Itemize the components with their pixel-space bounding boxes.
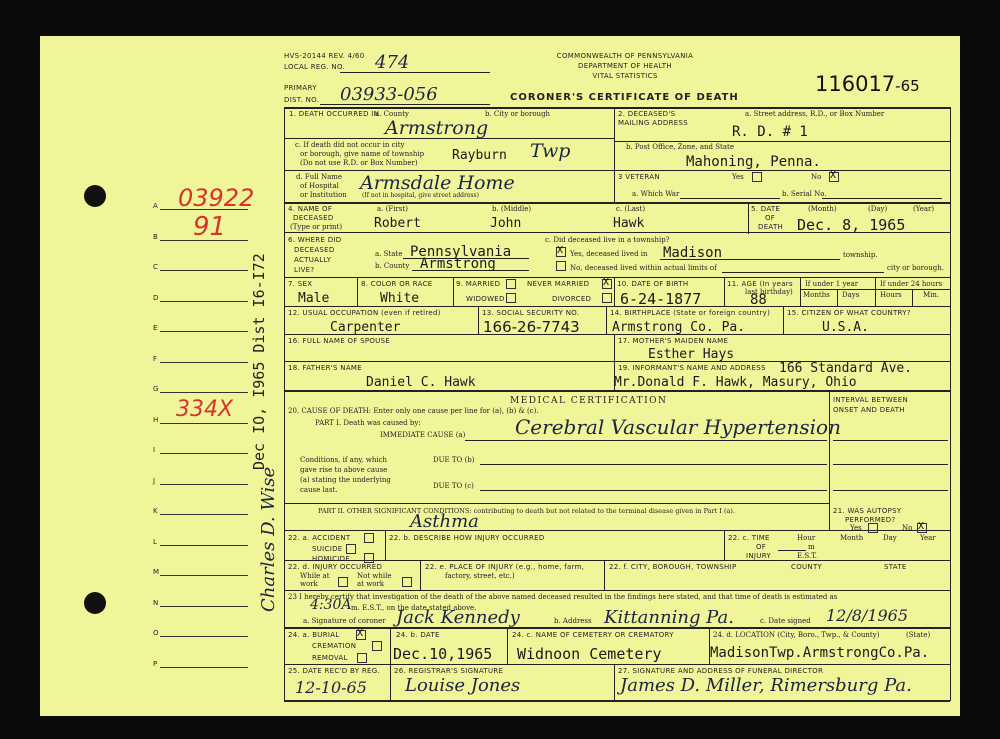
residence-county-label: b. County — [375, 262, 409, 271]
margin-line-l — [160, 545, 248, 546]
rule — [385, 530, 386, 560]
citizen-label: 15. CITIZEN OF WHAT COUNTRY? — [787, 309, 911, 318]
residence-state-label: a. State — [375, 250, 402, 259]
name-section-label-3: (Type or print) — [290, 223, 342, 232]
interval-line-b — [833, 464, 948, 465]
months-label: Months — [803, 291, 830, 300]
occupation-label: 12. USUAL OCCUPATION (even if retired) — [288, 309, 441, 318]
margin-line-c — [160, 270, 248, 271]
township-label-3: (Do not use R.D. or Box Number) — [300, 159, 418, 168]
medical-heading: MEDICAL CERTIFICATION — [510, 396, 667, 406]
township-question: c. Did deceased live in a township? — [545, 236, 670, 245]
margin-letter-i: I — [153, 446, 155, 454]
margin-letter-h: H — [153, 416, 158, 424]
father-value: Daniel C. Hawk — [366, 375, 476, 390]
rule — [614, 664, 615, 701]
rule — [614, 107, 615, 202]
post-office-value: Mahoning, Penna. — [686, 154, 821, 170]
birthplace-value: Armstrong Co. Pa. — [612, 320, 745, 335]
occupation-value: Carpenter — [330, 320, 400, 335]
residence-county-value: Armstrong — [420, 256, 496, 272]
immediate-cause-value: Cerebral Vascular Hypertension — [515, 415, 841, 439]
min-label: Min. — [923, 291, 939, 300]
injury-est-label: E.S.T. — [797, 552, 817, 561]
conditions-label-4: cause last. — [300, 486, 338, 495]
death-month-label: (Month) — [808, 205, 837, 214]
injury-occurred-label: 22. d. INJURY OCCURRED — [288, 563, 382, 572]
dist-label: DIST. NO. — [284, 96, 319, 105]
middle-name-label: b. (Middle) — [492, 205, 531, 214]
middle-name-value: John — [490, 216, 521, 231]
autopsy-label-1: 21. WAS AUTOPSY — [833, 507, 902, 516]
autopsy-no-checkbox[interactable] — [917, 523, 927, 533]
local-reg-line — [340, 72, 490, 73]
cemetery-value: Widnoon Cemetery — [517, 645, 662, 663]
injury-county-label: COUNTY — [791, 563, 822, 572]
race-value: White — [380, 291, 419, 306]
divorced-label: DIVORCED — [552, 295, 591, 304]
time-of-injury-label-2: OF — [756, 543, 766, 552]
suicide-checkbox[interactable] — [346, 544, 356, 554]
rule — [837, 289, 838, 306]
margin-letter-a: A — [153, 202, 158, 210]
rule — [604, 560, 605, 590]
rule — [614, 141, 950, 142]
margin-line-g — [160, 392, 248, 393]
rule — [724, 277, 725, 306]
interval-label-1: INTERVAL BETWEEN — [833, 396, 908, 405]
rule — [420, 560, 421, 590]
time-of-death-value: 4:30A — [310, 597, 352, 613]
date-received-label: 25. DATE REC'D BY REG. — [288, 667, 380, 676]
date-of-death-label-1: 5. DATE — [751, 205, 780, 214]
injury-hour-label: Hour — [797, 534, 815, 543]
injury-state-label: STATE — [884, 563, 907, 572]
punch-hole-bottom — [84, 592, 106, 614]
rule — [507, 627, 508, 664]
township-no-checkbox[interactable] — [556, 261, 566, 271]
part2-value: Asthma — [410, 511, 479, 532]
primary-label: PRIMARY — [284, 84, 317, 93]
margin-letter-m: M — [153, 568, 159, 576]
last-name-label: c. (Last) — [616, 205, 645, 214]
rule — [453, 277, 454, 306]
time-of-injury-label-1: 22. c. TIME — [728, 534, 770, 543]
margin-line-i — [160, 453, 248, 454]
which-war-line — [680, 198, 780, 199]
rule — [284, 277, 950, 278]
accident-checkbox[interactable] — [364, 533, 374, 543]
rule — [284, 170, 614, 171]
margin-letter-k: K — [153, 507, 158, 515]
margin-letter-c: C — [153, 263, 158, 271]
margin-red-code-1: 03922 — [178, 184, 254, 212]
rule — [606, 306, 607, 335]
street-label: a. Street address, R.D., or Box Number — [745, 110, 884, 119]
last-name-value: Hawk — [613, 216, 644, 231]
not-at-work-checkbox[interactable] — [402, 577, 412, 587]
registrar-signature[interactable]: Louise Jones — [405, 675, 520, 696]
rule — [614, 170, 950, 171]
rule — [357, 277, 358, 306]
serial-label: b. Serial No. — [782, 190, 827, 199]
death-township-hand: Twp — [530, 140, 570, 162]
while-at-work-checkbox[interactable] — [338, 577, 348, 587]
rule — [829, 390, 830, 530]
township-line — [660, 259, 840, 260]
sex-label: 7. SEX — [288, 280, 312, 289]
cause-label: 20. CAUSE OF DEATH: Enter only one cause… — [288, 407, 539, 416]
form-number: HVS-20144 REV. 4/60 — [284, 52, 365, 61]
date-received-value: 12-10-65 — [295, 678, 367, 697]
rule — [284, 700, 950, 702]
which-war-label: a. Which War — [632, 190, 679, 199]
certificate-number-main: 116017 — [815, 72, 895, 96]
veteran-yes-label: Yes — [732, 173, 744, 182]
coroner-signature-label: a. Signature of coroner — [303, 617, 386, 626]
date-signed-label: c. Date signed — [760, 617, 811, 626]
coroner-address-label: b. Address — [554, 617, 592, 626]
cemetery-label: 24. c. NAME OF CEMETERY OR CREMATORY — [512, 631, 674, 640]
coroner-address-value: Kittanning Pa. — [604, 607, 734, 628]
conditions-label-2: gave rise to above cause — [300, 466, 387, 475]
first-name-label: a. (First) — [377, 205, 408, 214]
part2-label: PART II. OTHER SIGNIFICANT CONDITIONS: c… — [318, 507, 735, 516]
street-value: R. D. # 1 — [732, 124, 808, 140]
under-24-hours-label: If under 24 hours — [880, 280, 942, 289]
margin-line-f — [160, 362, 248, 363]
married-checkbox[interactable] — [506, 279, 516, 289]
age-value: 88 — [750, 292, 767, 308]
margin-letter-j: J — [153, 477, 155, 485]
margin-line-a — [160, 209, 248, 210]
page-title: CORONER'S CERTIFICATE OF DEATH — [510, 92, 739, 103]
residence-label-3: ACTUALLY — [294, 256, 331, 265]
city-line — [722, 272, 884, 273]
death-year-label: (Year) — [913, 205, 934, 214]
post-office-label: b. Post Office, Zone, and State — [626, 143, 734, 152]
not-at-work-label-2: at work — [357, 580, 384, 589]
margin-line-k — [160, 514, 248, 515]
birthplace-label: 14. BIRTHPLACE (State or foreign country… — [610, 309, 770, 318]
city-suffix: city or borough. — [887, 264, 944, 273]
margin-line-j — [160, 484, 248, 485]
widowed-label: WIDOWED — [466, 295, 505, 304]
hospital-value: Armsdale Home — [360, 172, 515, 194]
local-reg-value: 474 — [375, 52, 409, 73]
margin-line-h — [160, 423, 248, 424]
death-county-value: Armstrong — [385, 117, 488, 139]
divorced-checkbox[interactable] — [602, 293, 612, 303]
injury-city-label: 22. f. CITY, BOROUGH, TOWNSHIP — [609, 563, 736, 572]
date-of-death-label-2: OF — [765, 214, 775, 223]
suicide-label: SUICIDE — [312, 545, 343, 554]
punch-hole-top — [84, 185, 106, 207]
burial-checkbox[interactable] — [356, 630, 366, 640]
hospital-label-3: or Institution — [300, 191, 347, 200]
homicide-checkbox[interactable] — [364, 553, 374, 563]
autopsy-yes-checkbox[interactable] — [868, 523, 878, 533]
margin-letter-o: O — [153, 629, 159, 637]
rule — [614, 277, 615, 306]
part1-label: PART I. Death was caused by: — [315, 419, 421, 428]
agency-line-2: DEPARTMENT OF HEALTH — [540, 62, 710, 71]
cremation-checkbox[interactable] — [372, 641, 382, 651]
margin-letter-n: N — [153, 599, 158, 607]
interval-line-c — [833, 490, 948, 491]
race-label: 8. COLOR OR RACE — [361, 280, 433, 289]
place-of-death-label: 1. DEATH OCCURRED IN. — [289, 110, 382, 119]
margin-red-code-3: 334X — [176, 397, 233, 422]
burial-label: 24. a. BURIAL — [288, 631, 340, 640]
rule — [783, 306, 784, 335]
margin-letter-d: D — [153, 294, 158, 302]
rule — [800, 277, 801, 306]
rule — [284, 107, 950, 109]
describe-injury-label: 22. b. DESCRIBE HOW INJURY OCCURRED — [389, 534, 545, 543]
residence-label-2: DECEASED — [294, 246, 335, 255]
veteran-label: 3 VETERAN — [618, 173, 660, 182]
serial-line — [822, 198, 942, 199]
veteran-yes-checkbox[interactable] — [752, 172, 762, 182]
rule — [748, 202, 749, 234]
conditions-label-1: Conditions, if any, which — [300, 456, 387, 465]
due-to-c-label: DUE TO (c) — [433, 482, 474, 491]
days-label: Days — [842, 291, 859, 300]
autopsy-yes-label: Yes — [850, 524, 862, 533]
first-name-value: Robert — [374, 216, 421, 231]
disposition-date-label: 24. b. DATE — [396, 631, 440, 640]
date-signed-value: 12/8/1965 — [826, 606, 908, 625]
ssn-label: 13. SOCIAL SECURITY NO. — [482, 309, 579, 318]
margin-red-code-2: 91 — [193, 212, 226, 242]
margin-line-o — [160, 636, 248, 637]
rule — [478, 306, 479, 335]
margin-line-b — [160, 240, 248, 241]
disposition-date-value: Dec.10,1965 — [393, 645, 492, 663]
coroner-signature[interactable]: Jack Kennedy — [396, 607, 520, 628]
cemetery-location-label: 24. d. LOCATION (City, Boro., Twp., & Co… — [713, 631, 879, 640]
certificate-number: 116017-65 — [815, 72, 920, 96]
margin-line-e — [160, 331, 248, 332]
certification-statement: 23 I hereby certify that investigation o… — [288, 593, 837, 602]
certificate-number-suffix: -65 — [895, 77, 920, 95]
name-section-label-1: 4. NAME OF — [288, 205, 332, 214]
residence-label-4: LIVE? — [294, 266, 314, 275]
hours-label: Hours — [880, 291, 902, 300]
township-yes-checkbox[interactable] — [556, 247, 566, 257]
margin-letter-e: E — [153, 324, 157, 332]
dist-value: 03933-056 — [340, 84, 438, 105]
interval-label-2: ONSET AND DEATH — [833, 406, 905, 415]
ssn-value: 166-26-7743 — [483, 318, 580, 336]
date-of-death-label-3: DEATH — [758, 223, 783, 232]
removal-checkbox[interactable] — [357, 653, 367, 663]
margin-letter-f: F — [153, 355, 157, 363]
dob-value: 6-24-1877 — [620, 290, 701, 308]
date-of-death-value: Dec. 8, 1965 — [797, 216, 905, 234]
margin-line-p — [160, 667, 248, 668]
rule — [284, 664, 950, 665]
margin-letter-g: G — [153, 385, 158, 393]
death-day-label: (Day) — [868, 205, 887, 214]
hospital-label-1: d. Full Name — [296, 173, 342, 182]
sex-value: Male — [298, 291, 329, 306]
rule — [284, 503, 829, 504]
injury-hour-line — [778, 550, 806, 551]
due-to-b-line — [480, 464, 827, 465]
agency-line-1: COMMONWEALTH OF PENNSYLVANIA — [540, 52, 710, 61]
injury-month-label: Month — [840, 534, 863, 543]
cemetery-state-label: (State) — [906, 631, 930, 640]
autopsy-no-label: No — [902, 524, 912, 533]
margin-line-d — [160, 301, 248, 302]
informant-line-1: 166 Standard Ave. — [779, 361, 912, 376]
never-married-checkbox[interactable] — [602, 279, 612, 289]
immediate-cause-line — [465, 440, 827, 441]
married-label: 9. MARRIED — [456, 280, 500, 289]
rule — [724, 530, 725, 560]
rule — [284, 590, 950, 591]
citizen-value: U.S.A. — [822, 320, 869, 335]
injury-day-label: Day — [883, 534, 897, 543]
death-township-typed: Rayburn — [452, 148, 507, 163]
mailing-address-label: 2. DECEASED'S MAILING ADDRESS — [618, 110, 688, 128]
veteran-no-label: No — [811, 173, 821, 182]
never-married-label: NEVER MARRIED — [527, 280, 589, 289]
immediate-cause-label: IMMEDIATE CAUSE (a) — [380, 431, 465, 440]
injury-year-label: Year — [920, 534, 936, 543]
funeral-director-signature[interactable]: James D. Miller, Rimersburg Pa. — [620, 675, 912, 696]
rule — [912, 289, 913, 306]
cemetery-location-value: MadisonTwp.ArmstrongCo.Pa. — [710, 645, 929, 661]
city-label: b. City or borough — [485, 110, 550, 119]
township-label-1: c. If death did not occur in city — [295, 141, 405, 150]
margin-letter-p: P — [153, 660, 157, 668]
agency-line-3: VITAL STATISTICS — [540, 72, 710, 81]
rule — [800, 289, 950, 290]
margin-line-m — [160, 575, 248, 576]
vertical-signature: Charles D. Wise — [258, 467, 279, 612]
spouse-label: 16. FULL NAME OF SPOUSE — [288, 337, 390, 346]
rule — [875, 277, 876, 306]
due-to-c-line — [480, 490, 827, 491]
informant-line-2: Mr.Donald F. Hawk, Masury, Ohio — [614, 375, 857, 390]
dob-label: 10. DATE OF BIRTH — [617, 280, 688, 289]
injury-m-label: m — [808, 543, 815, 552]
mother-label: 17. MOTHER'S MAIDEN NAME — [618, 337, 728, 346]
name-section-label-2: DECEASED — [293, 214, 334, 223]
father-label: 18. FATHER'S NAME — [288, 364, 362, 373]
township-no-text: No, deceased lived within actual limits … — [570, 264, 717, 273]
vertical-stamp: Dec IO, I965 Dist I6-I72 — [250, 253, 268, 470]
informant-label: 19. INFORMANT'S NAME AND ADDRESS — [618, 364, 766, 373]
margin-line-n — [160, 606, 248, 607]
township-yes-text: Yes, deceased lived in — [570, 250, 648, 259]
residence-label-1: 6. WHERE DID — [288, 236, 341, 245]
local-reg-label: LOCAL REG. NO. — [284, 63, 345, 72]
cremation-label: CREMATION — [312, 642, 356, 651]
rule — [950, 107, 951, 701]
place-of-injury-label-2: factory, street, etc.) — [445, 572, 515, 581]
hospital-label-2: of Hospital — [300, 182, 339, 191]
township-label-2: or borough, give name of township — [300, 150, 424, 159]
veteran-no-checkbox[interactable] — [829, 172, 839, 182]
under-1-year-label: If under 1 year — [805, 280, 858, 289]
rule — [284, 202, 950, 204]
accident-label: 22. a. ACCIDENT — [288, 534, 350, 543]
rule — [284, 560, 950, 561]
due-to-b-label: DUE TO (b) — [433, 456, 474, 465]
margin-letter-l: L — [153, 538, 157, 546]
township-suffix: township. — [843, 251, 878, 260]
conditions-label-3: (a) stating the underlying — [300, 476, 391, 485]
time-of-injury-label-3: INJURY — [746, 552, 771, 561]
widowed-checkbox[interactable] — [506, 293, 516, 303]
place-of-injury-label-1: 22. e. PLACE OF INJURY (e.g., home, farm… — [425, 563, 584, 572]
margin-letter-b: B — [153, 233, 158, 241]
interval-line-a — [833, 440, 948, 441]
removal-label: REMOVAL — [312, 654, 348, 663]
rule — [284, 306, 950, 307]
while-at-work-label-2: work — [300, 580, 318, 589]
rule — [284, 107, 285, 701]
mother-value: Esther Hays — [648, 347, 734, 362]
rule — [284, 390, 950, 392]
